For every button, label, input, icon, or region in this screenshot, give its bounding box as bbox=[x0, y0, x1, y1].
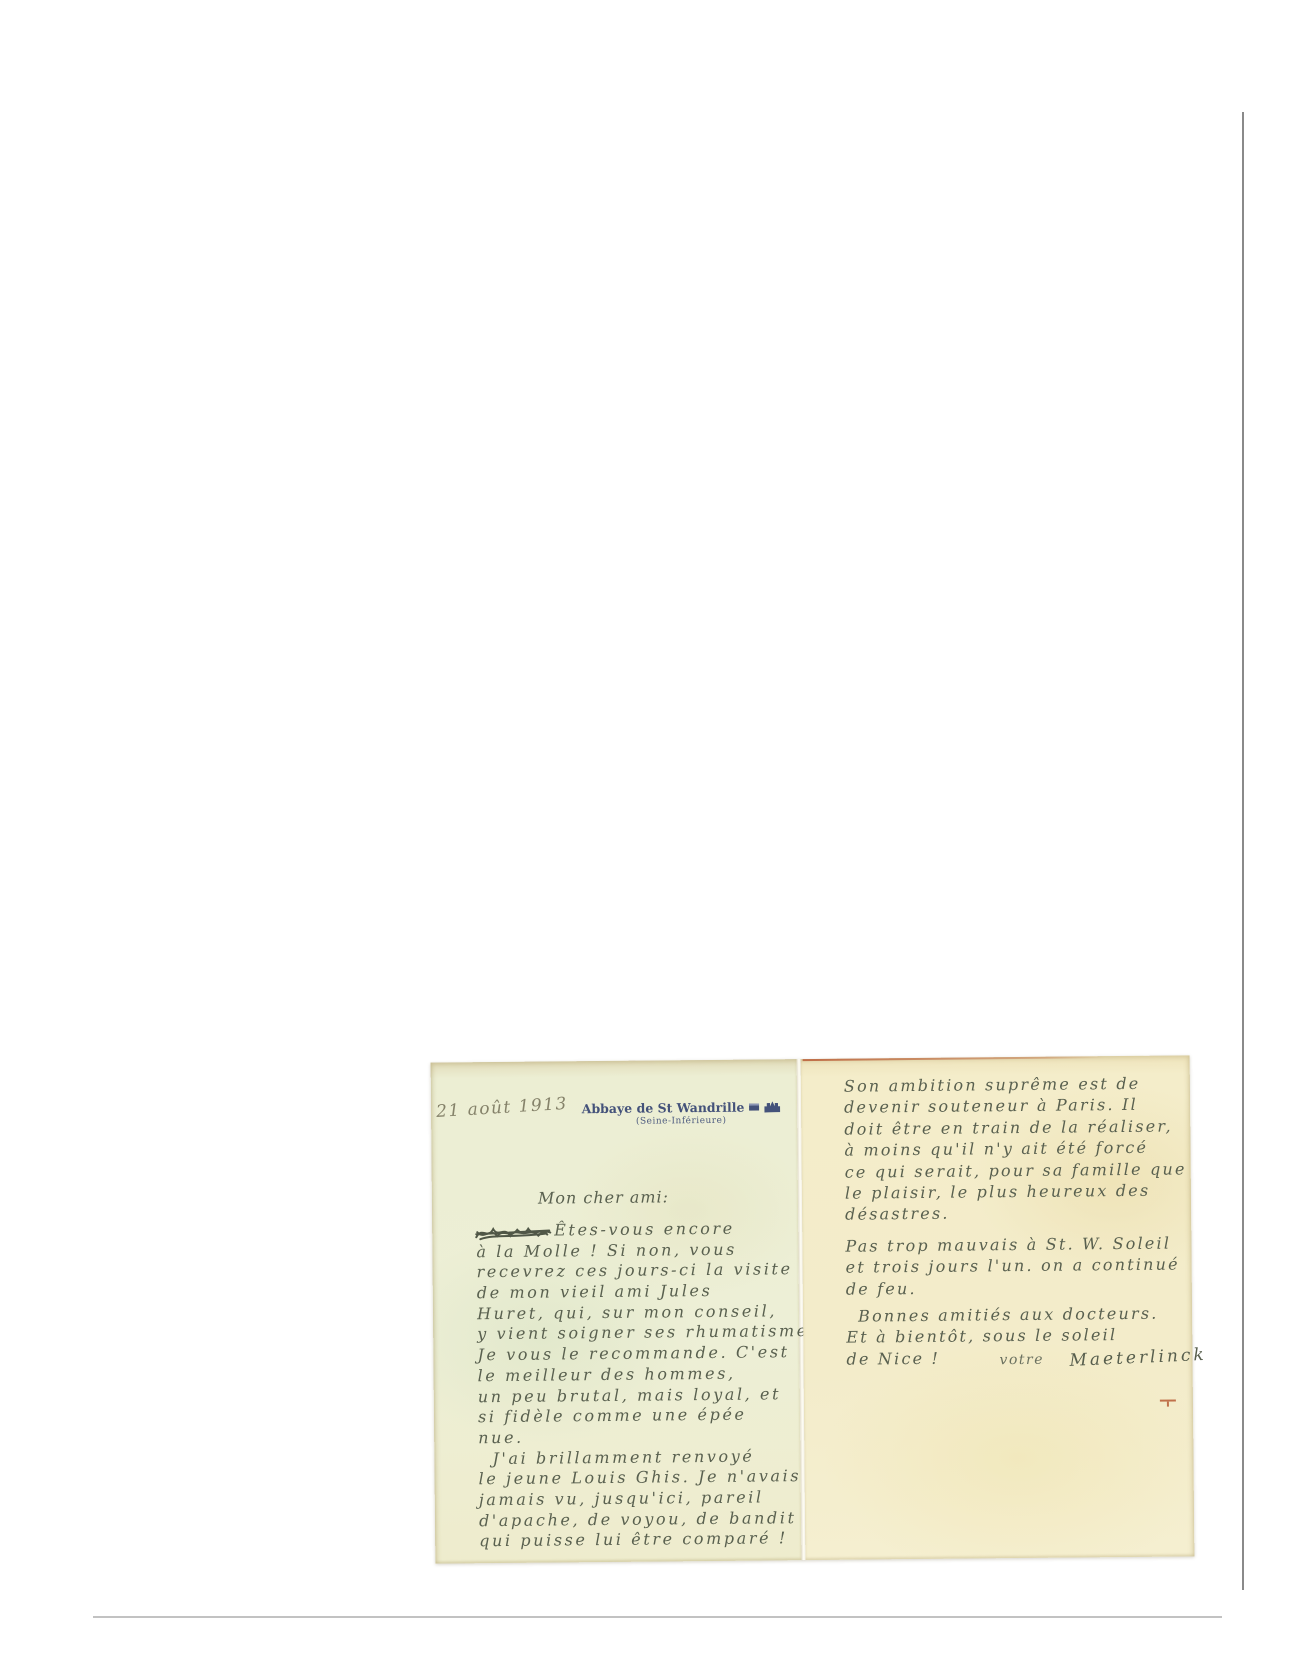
letterhead-region: (Seine-Inférieure) bbox=[581, 1115, 781, 1127]
handwritten-line: le plaisir, le plus heureux des bbox=[845, 1179, 1185, 1204]
handwritten-line: si fidèle comme une épée bbox=[478, 1404, 793, 1428]
letter-page-right: Son ambition suprême est de devenir sout… bbox=[801, 1055, 1195, 1560]
handwritten-line: désastres. bbox=[845, 1201, 1185, 1226]
handwritten-line: jamais vu, jusqu'ici, pareil bbox=[479, 1487, 794, 1511]
vertical-rule bbox=[1242, 112, 1244, 1590]
handwritten-line: Je vous le recommande. C'est bbox=[477, 1342, 792, 1366]
signature-row: votre Maeterlinck bbox=[999, 1347, 1207, 1369]
salutation: Mon cher ami: bbox=[538, 1187, 669, 1207]
letterhead-name: Abbaye de St Wandrille bbox=[582, 1100, 745, 1117]
left-page-body: Êtes-vous encore à la Molle ! Si non, vo… bbox=[476, 1218, 794, 1552]
letter-date: 21 août 1913 bbox=[436, 1094, 569, 1122]
closing: votre bbox=[999, 1352, 1044, 1368]
handwritten-line: qui puisse lui être comparé ! bbox=[479, 1528, 794, 1552]
handwritten-line: à moins qu'il n'y ait été forcé bbox=[844, 1137, 1184, 1162]
letter-page-left: 21 août 1913 Abbaye de St Wandrille (Sei… bbox=[431, 1059, 802, 1563]
letter-scan: 21 août 1913 Abbaye de St Wandrille (Sei… bbox=[431, 1055, 1195, 1563]
red-ink-mark bbox=[1160, 1400, 1176, 1410]
handwritten-line: devenir souteneur à Paris. Il bbox=[844, 1094, 1184, 1119]
handwritten-line: recevrez ces jours-ci la visite bbox=[477, 1260, 792, 1284]
letterhead: Abbaye de St Wandrille (Seine-Inférieure… bbox=[581, 1099, 781, 1127]
letterhead-row: Abbaye de St Wandrille bbox=[581, 1099, 781, 1116]
right-page-body: Son ambition suprême est de devenir sout… bbox=[844, 1072, 1187, 1369]
stamp-icon bbox=[749, 1104, 759, 1111]
handwritten-line: le jeune Louis Ghis. Je n'avais bbox=[479, 1466, 794, 1490]
abbey-crest-icon bbox=[764, 1101, 780, 1112]
handwritten-line: Bonnes amitiés aux docteurs. bbox=[846, 1302, 1186, 1327]
signature: Maeterlinck bbox=[1070, 1345, 1208, 1371]
handwritten-line: et trois jours l'un. on a continué bbox=[845, 1254, 1185, 1279]
footer-rule bbox=[93, 1616, 1222, 1618]
handwritten-line: de feu. bbox=[846, 1275, 1186, 1300]
